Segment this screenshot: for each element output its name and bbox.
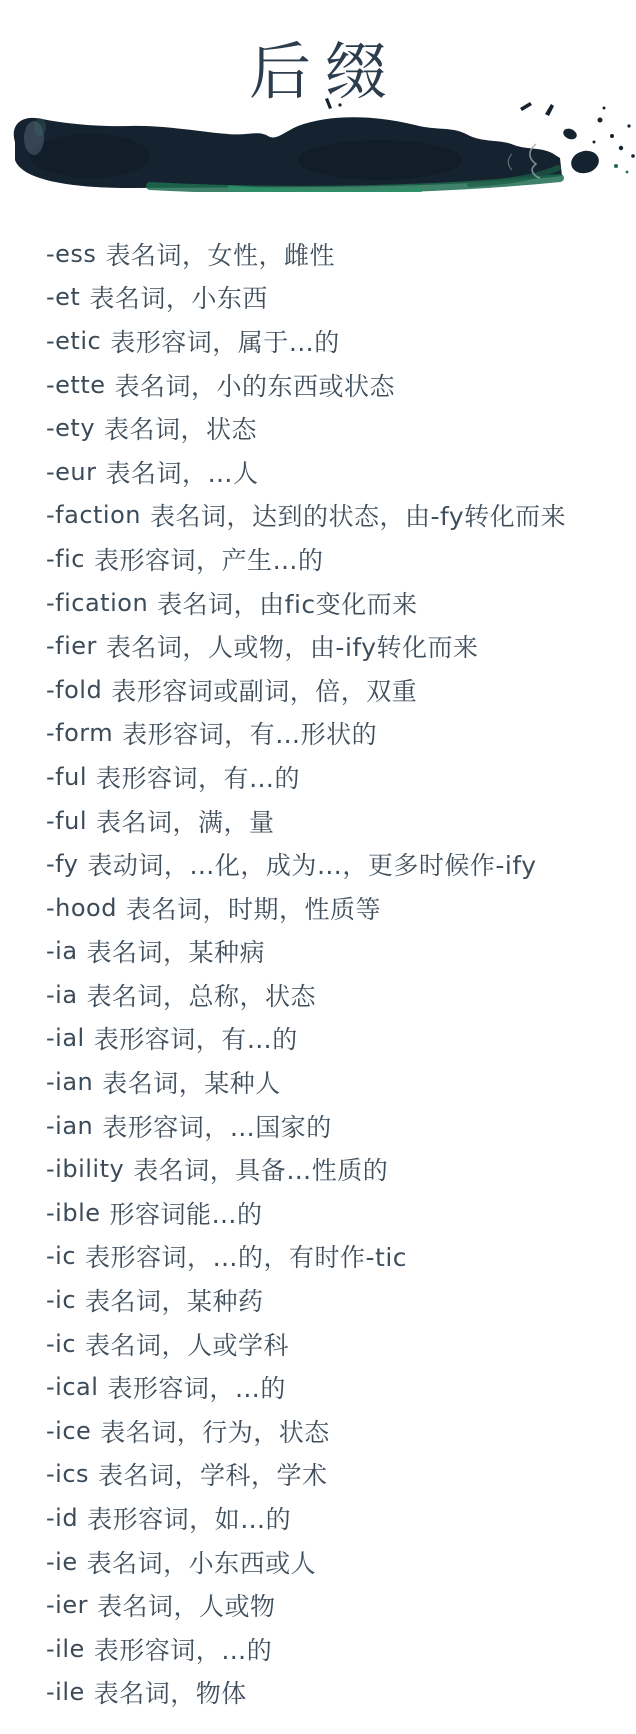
suffix-description: 表名词，状态 xyxy=(104,410,257,446)
suffix-label: -ian xyxy=(46,1068,93,1096)
suffix-item: -ile表形容词，…的 xyxy=(46,1627,606,1671)
suffix-description: 表形容词，有…的 xyxy=(94,1020,298,1056)
suffix-description: 表形容词，…国家的 xyxy=(102,1108,332,1144)
suffix-description: 表名词，满，量 xyxy=(96,803,275,839)
suffix-item: -ful表形容词，有…的 xyxy=(46,755,606,799)
suffix-item: -ety表名词，状态 xyxy=(46,406,606,450)
suffix-item: -id表形容词，如…的 xyxy=(46,1496,606,1540)
suffix-label: -fication xyxy=(46,589,148,617)
suffix-label: -ice xyxy=(46,1417,91,1445)
suffix-item: -fold表形容词或副词，倍，双重 xyxy=(46,668,606,712)
suffix-description: 表名词，物体 xyxy=(94,1674,247,1710)
suffix-description: 表名词，某种药 xyxy=(85,1282,264,1318)
suffix-item: -ful表名词，满，量 xyxy=(46,799,606,843)
suffix-item: -ier表名词，人或物 xyxy=(46,1583,606,1627)
suffix-label: -ical xyxy=(46,1373,98,1401)
suffix-item: -fic表形容词，产生…的 xyxy=(46,537,606,581)
suffix-item: -ics表名词，学科，学术 xyxy=(46,1453,606,1497)
suffix-description: 表形容词，有…形状的 xyxy=(122,715,377,751)
suffix-item: -ile表名词，物体 xyxy=(46,1671,606,1715)
suffix-item: -hood表名词，时期，性质等 xyxy=(46,886,606,930)
suffix-description: 表名词，学科，学术 xyxy=(98,1456,328,1492)
suffix-label: -ian xyxy=(46,1112,93,1140)
suffix-description: 表名词，达到的状态，由-fy转化而来 xyxy=(150,497,566,533)
suffix-label: -id xyxy=(46,1504,78,1532)
suffix-label: -ic xyxy=(46,1242,76,1270)
suffix-label: -fic xyxy=(46,545,85,573)
ink-brush-banner xyxy=(0,96,636,192)
suffix-item: -fy表动词，…化，成为…，更多时候作-ify xyxy=(46,842,606,886)
suffix-item: -ess表名词，女性，雌性 xyxy=(46,232,606,276)
suffix-item: -ice表名词，行为，状态 xyxy=(46,1409,606,1453)
suffix-description: 表动词，…化，成为…，更多时候作-ify xyxy=(87,846,536,882)
suffix-label: -ess xyxy=(46,240,96,268)
suffix-item: -ian表形容词，…国家的 xyxy=(46,1104,606,1148)
suffix-label: -form xyxy=(46,719,113,747)
suffix-description: 表名词，女性，雌性 xyxy=(105,236,335,272)
suffix-item: -ic表名词，某种药 xyxy=(46,1278,606,1322)
suffix-description: 表名词，总称，状态 xyxy=(87,977,317,1013)
suffix-label: -ile xyxy=(46,1678,85,1706)
suffix-item: -ical表形容词，…的 xyxy=(46,1365,606,1409)
suffix-label: -fier xyxy=(46,632,97,660)
suffix-item: -form表形容词，有…形状的 xyxy=(46,712,606,756)
suffix-label: -ial xyxy=(46,1024,85,1052)
suffix-label: -ette xyxy=(46,371,106,399)
suffix-label: -ible xyxy=(46,1199,101,1227)
suffix-label: -faction xyxy=(46,501,141,529)
suffix-item: -fier表名词，人或物，由-ify转化而来 xyxy=(46,624,606,668)
suffix-description: 表名词，…人 xyxy=(106,454,259,490)
suffix-label: -ie xyxy=(46,1548,78,1576)
suffix-description: 表名词，小东西或人 xyxy=(87,1544,317,1580)
suffix-label: -etic xyxy=(46,327,101,355)
suffix-description: 表名词，小东西 xyxy=(89,279,268,315)
suffix-label: -ful xyxy=(46,763,87,791)
suffix-label: -eur xyxy=(46,458,97,486)
suffix-description: 表名词，具备…性质的 xyxy=(133,1151,388,1187)
suffix-item: -ette表名词，小的东西或状态 xyxy=(46,363,606,407)
suffix-item: -fication表名词，由fic变化而来 xyxy=(46,581,606,625)
suffix-label: -ful xyxy=(46,807,87,835)
suffix-item: -ible形容词能…的 xyxy=(46,1191,606,1235)
suffix-label: -hood xyxy=(46,894,117,922)
suffix-label: -et xyxy=(46,283,80,311)
suffix-description: 表形容词，…的，有时作-tic xyxy=(85,1238,407,1274)
suffix-item: -eur表名词，…人 xyxy=(46,450,606,494)
suffix-label: -ic xyxy=(46,1330,76,1358)
suffix-item: -faction表名词，达到的状态，由-fy转化而来 xyxy=(46,494,606,538)
suffix-item: -ian表名词，某种人 xyxy=(46,1060,606,1104)
suffix-description: 表形容词，产生…的 xyxy=(94,541,324,577)
ink-brush-stroke-icon xyxy=(0,96,636,192)
suffix-item: -ic表名词，人或学科 xyxy=(46,1322,606,1366)
suffix-description: 表名词，人或学科 xyxy=(85,1326,289,1362)
suffix-description: 表名词，小的东西或状态 xyxy=(115,367,396,403)
suffix-label: -ety xyxy=(46,414,95,442)
suffix-label: -fy xyxy=(46,850,78,878)
suffix-item: -ie表名词，小东西或人 xyxy=(46,1540,606,1584)
suffix-description: 表形容词，…的 xyxy=(107,1369,286,1405)
suffix-label: -ia xyxy=(46,937,78,965)
suffix-item: -etic表形容词，属于…的 xyxy=(46,319,606,363)
suffix-item: -ia表名词，总称，状态 xyxy=(46,973,606,1017)
suffix-description: 表名词，由fic变化而来 xyxy=(157,585,418,621)
suffix-item: -ia表名词，某种病 xyxy=(46,930,606,974)
suffix-label: -fold xyxy=(46,676,102,704)
suffix-description: 表形容词或副词，倍，双重 xyxy=(111,672,417,708)
suffix-item: -ibility表名词，具备…性质的 xyxy=(46,1147,606,1191)
suffix-description: 表名词，时期，性质等 xyxy=(126,890,381,926)
suffix-list: -ess表名词，女性，雌性 -et表名词，小东西 -etic表形容词，属于…的 … xyxy=(46,232,606,1714)
suffix-description: 表形容词，有…的 xyxy=(96,759,300,795)
suffix-item: -ial表形容词，有…的 xyxy=(46,1017,606,1061)
suffix-label: -ic xyxy=(46,1286,76,1314)
suffix-description: 表形容词，如…的 xyxy=(87,1500,291,1536)
suffix-description: 表名词，人或物 xyxy=(97,1587,276,1623)
suffix-description: 表形容词，属于…的 xyxy=(110,323,340,359)
suffix-description: 表名词，行为，状态 xyxy=(100,1413,330,1449)
suffix-label: -ile xyxy=(46,1635,85,1663)
suffix-item: -ic表形容词，…的，有时作-tic xyxy=(46,1235,606,1279)
suffix-label: -ia xyxy=(46,981,78,1009)
suffix-item: -et表名词，小东西 xyxy=(46,276,606,320)
suffix-description: 表名词，人或物，由-ify转化而来 xyxy=(106,628,479,664)
suffix-label: -ier xyxy=(46,1591,88,1619)
suffix-label: -ics xyxy=(46,1460,89,1488)
suffix-label: -ibility xyxy=(46,1155,124,1183)
suffix-description: 形容词能…的 xyxy=(110,1195,263,1231)
suffix-description: 表名词，某种人 xyxy=(102,1064,281,1100)
suffix-description: 表名词，某种病 xyxy=(87,933,266,969)
suffix-description: 表形容词，…的 xyxy=(94,1631,273,1667)
